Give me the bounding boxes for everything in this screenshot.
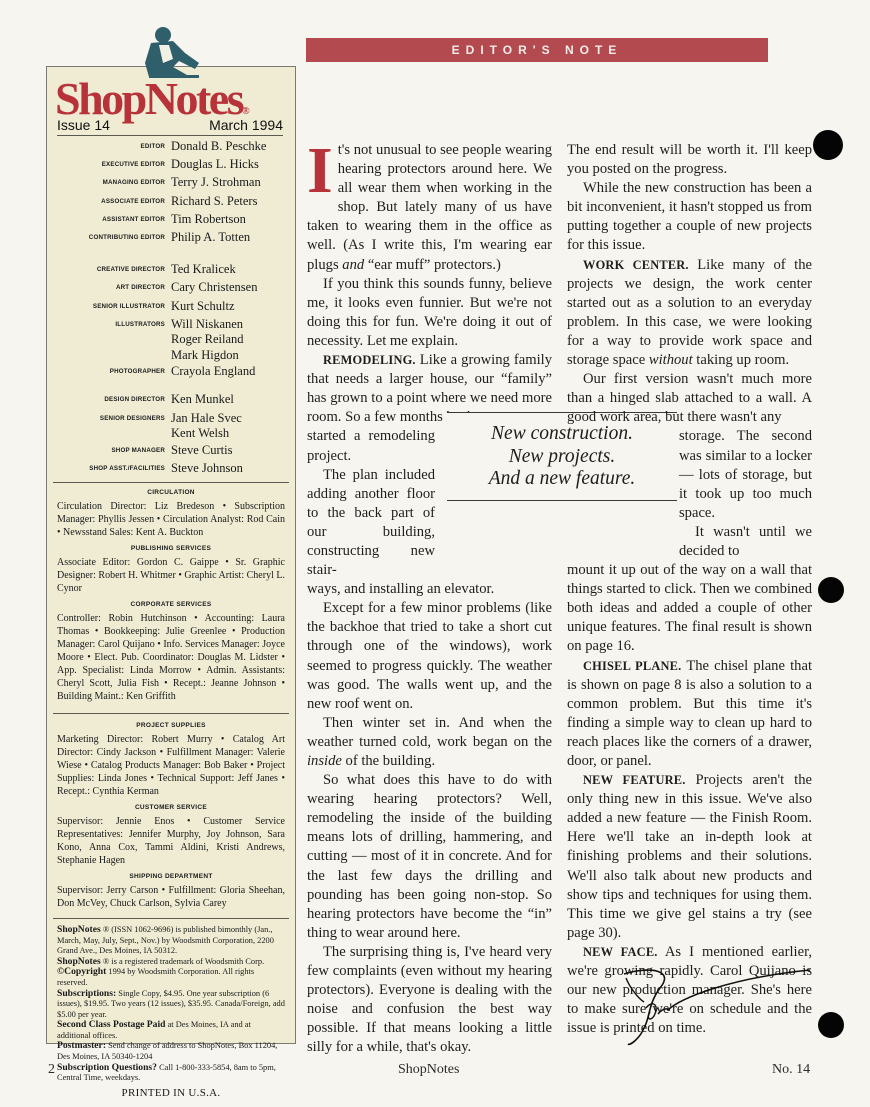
department-circulation: CIRCULATION Circulation Director: Liz Br… — [47, 489, 295, 539]
staff-row: Contributing EditorPhilip A. Totten — [47, 229, 295, 247]
paragraph: mount it up out of the way on a wall tha… — [567, 561, 812, 656]
paragraph: CHISEL PLANE. The chisel plane that is s… — [567, 657, 812, 772]
divider — [53, 713, 289, 714]
issue-date: March 1994 — [209, 117, 283, 133]
footer-issue-number: No. 14 — [772, 1062, 810, 1078]
masthead-panel: ShopNotes® Issue 14 March 1994 EditorDon… — [46, 66, 296, 1044]
staff-row: Design DirectorKen Munkel — [47, 391, 295, 409]
divider — [53, 482, 289, 483]
paragraph: The end result will be worth it. I'll ke… — [567, 141, 812, 179]
section-title: EDITOR'S NOTE — [452, 43, 623, 57]
paragraph: If you think this sounds funny, believe … — [307, 275, 552, 351]
staff-row: Art DirectorCary Christensen — [47, 279, 295, 297]
paragraph: NEW FEATURE. Projects aren't the only th… — [567, 771, 812, 943]
staff-row: Associate EditorRichard S. Peters — [47, 193, 295, 211]
paragraph: Then winter set in. And when the weather… — [307, 714, 552, 771]
paragraph: The plan included adding another floor t… — [307, 466, 435, 581]
punch-hole — [818, 577, 844, 603]
staff-row: Assistant EditorTim Robertson — [47, 211, 295, 229]
woodworker-logo-icon — [129, 23, 209, 79]
issue-number: Issue 14 — [57, 117, 110, 133]
staff-row: Shop Asst./FacilitiesSteve Johnson — [47, 460, 295, 478]
staff-row: Managing EditorTerry J. Strohman — [47, 174, 295, 192]
punch-hole — [813, 130, 843, 160]
paragraph: Our first version wasn't much more than … — [567, 370, 812, 427]
paragraph: ways, and installing an elevator. — [307, 580, 552, 599]
paragraph: WORK CENTER. Like many of the projects w… — [567, 256, 812, 371]
paragraph: The surprising thing is, I've heard very… — [307, 943, 552, 1058]
department-customer-service: CUSTOMER SERVICE Supervisor: Jennie Enos… — [47, 804, 295, 867]
section-header-bar: EDITOR'S NOTE — [306, 38, 768, 62]
staff-row: Illustrators Will NiskanenRoger ReilandM… — [47, 316, 295, 364]
printed-in-usa: PRINTED IN U.S.A. — [57, 1088, 285, 1099]
divider — [53, 918, 289, 919]
wrap-text-right: storage. The second was similar to a loc… — [679, 427, 812, 561]
paragraph: It's not unusual to see people wearing h… — [307, 141, 552, 275]
department-project-supplies: PROJECT SUPPLIES Marketing Director: Rob… — [47, 722, 295, 798]
paragraph: started a remodeling project. — [307, 427, 435, 465]
staff-row: Senior IllustratorKurt Schultz — [47, 298, 295, 316]
paragraph: While the new construction has been a bi… — [567, 179, 812, 255]
issue-date-row: Issue 14 March 1994 — [57, 117, 283, 136]
department-publishing-services: PUBLISHING SERVICES Associate Editor: Go… — [47, 545, 295, 595]
page-number: 2 — [48, 1062, 55, 1078]
article-column-1: It's not unusual to see people wearing h… — [307, 141, 552, 1058]
wrap-text-left: started a remodeling project. The plan i… — [307, 427, 435, 580]
paragraph: It wasn't until we decided to — [679, 523, 812, 561]
paragraph: Except for a few minor problems (like th… — [307, 599, 552, 714]
staff-list: EditorDonald B. Peschke Executive Editor… — [47, 138, 295, 1098]
paragraph: storage. The second was similar to a loc… — [679, 427, 812, 522]
staff-row: EditorDonald B. Peschke — [47, 138, 295, 156]
staff-row: PhotographerCrayola England — [47, 363, 295, 381]
drop-cap: I — [307, 144, 333, 200]
staff-row: Senior Designers Jan Hale SvecKent Welsh — [47, 410, 295, 442]
signature-icon — [620, 968, 820, 1048]
department-shipping: SHIPPING DEPARTMENT Supervisor: Jerry Ca… — [47, 873, 295, 910]
staff-row: Executive EditorDouglas L. Hicks — [47, 156, 295, 174]
article-column-2: The end result will be worth it. I'll ke… — [567, 141, 812, 1038]
department-corporate-services: CORPORATE SERVICES Controller: Robin Hut… — [47, 601, 295, 703]
paragraph: So what does this have to do with wearin… — [307, 771, 552, 943]
punch-hole — [818, 1012, 844, 1038]
publication-info: ShopNotes ® (ISSN 1062-9696) is publishe… — [47, 923, 295, 1099]
staff-row: Creative DirectorTed Kralicek — [47, 261, 295, 279]
staff-row: Shop ManagerSteve Curtis — [47, 442, 295, 460]
footer-publication: ShopNotes — [398, 1062, 459, 1078]
